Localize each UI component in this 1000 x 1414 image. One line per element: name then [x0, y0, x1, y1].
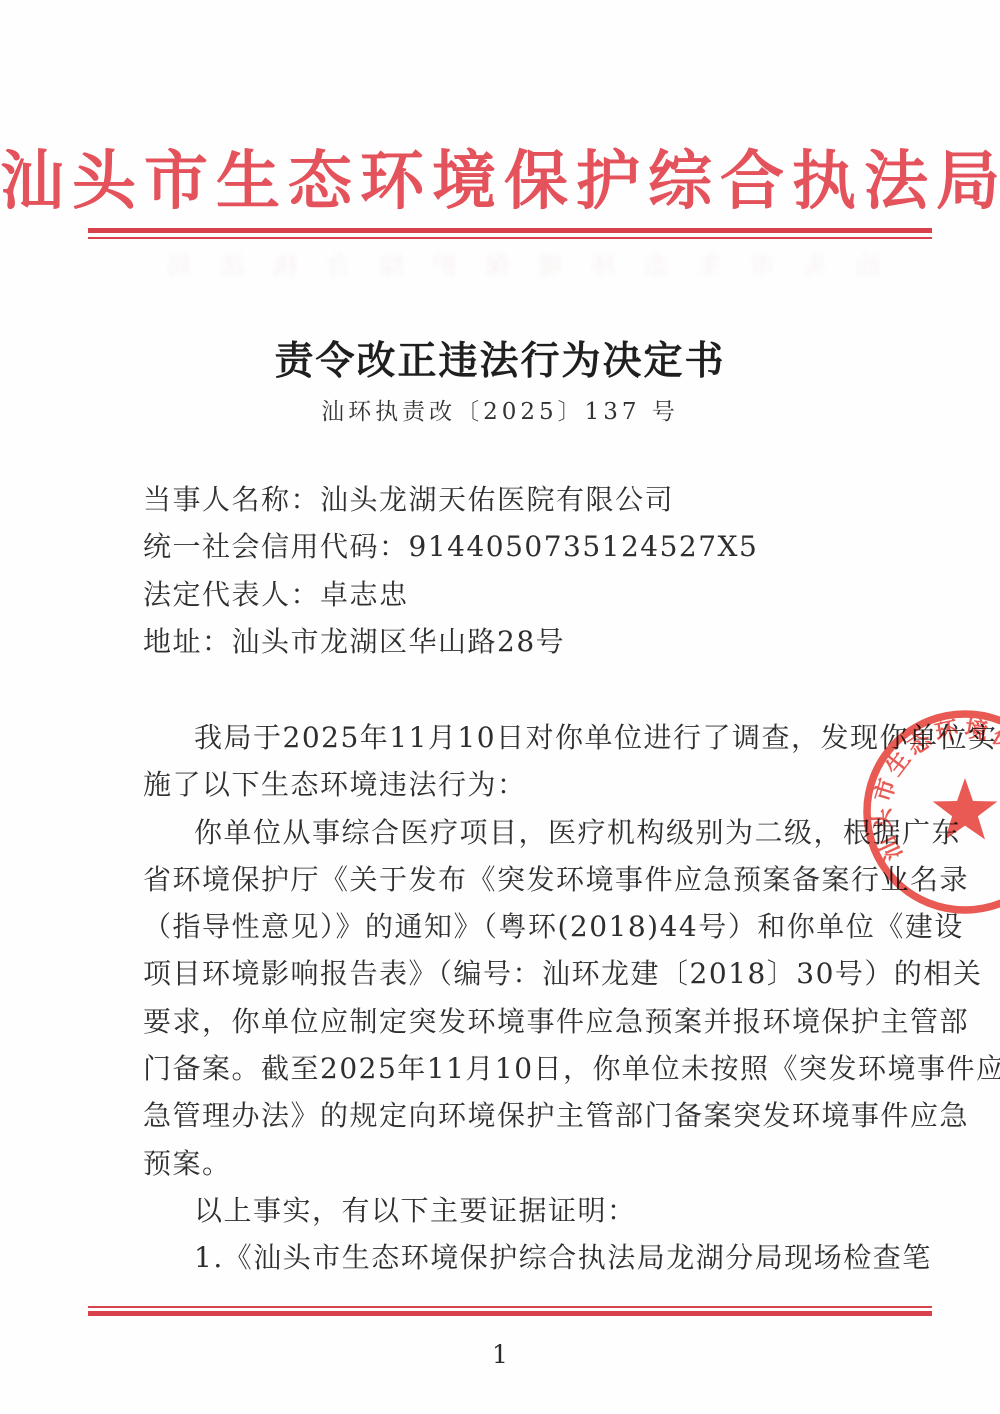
- body-line: 施了以下生态环境违法行为：: [143, 761, 913, 808]
- body-line: 急管理办法》的规定向环境保护主管部门备案突发环境事件应急: [143, 1092, 913, 1139]
- document-reference-number: 汕环执责改〔2025〕137 号: [0, 393, 1000, 426]
- body-line: （指导性意见）》的通知》（粤环(2018)44号）和你单位《建设: [143, 903, 913, 950]
- party-credit-code-line: 统一社会信用代码：9144050735124527X5: [143, 523, 758, 570]
- party-legal-rep-line: 法定代表人：卓志忠: [143, 571, 758, 618]
- letterhead-rule-thick: [88, 228, 932, 233]
- body-line: 预案。: [143, 1140, 913, 1187]
- scanned-document-page: 汕头市生态环境保护综合执法局 汕头市生态环境保护综合执法局 责令改正违法行为决定…: [0, 0, 1000, 1414]
- body-line: 门备案。截至2025年11月10日，你单位未按照《突发环境事件应: [143, 1045, 913, 1092]
- document-body: 我局于2025年11月10日对你单位进行了调查，发现你单位实 施了以下生态环境违…: [143, 714, 913, 1282]
- body-line: 以上事实，有以下主要证据证明：: [143, 1187, 913, 1234]
- party-information-block: 当事人名称：汕头龙湖天佑医院有限公司 统一社会信用代码：914405073512…: [143, 476, 758, 665]
- letterhead-rule-thin: [88, 237, 932, 239]
- bleed-through-ghost-text: 汕头市生态环境保护综合执法局: [88, 246, 932, 282]
- body-line: 1.《汕头市生态环境保护综合执法局龙湖分局现场检查笔: [143, 1234, 913, 1281]
- document-title: 责令改正违法行为决定书: [0, 330, 1000, 386]
- body-line: 要求，你单位应制定突发环境事件应急预案并报环境保护主管部: [143, 998, 913, 1045]
- footer-rule-thin: [88, 1306, 932, 1308]
- svg-text:汕头市生态环境保护综合执法局: 汕头市生态环境保护综合执法局: [860, 702, 1000, 864]
- body-line: 项目环境影响报告表》（编号：汕环龙建〔2018〕30号）的相关: [143, 950, 913, 997]
- party-address-line: 地址：汕头市龙湖区华山路28号: [143, 618, 758, 665]
- body-line: 你单位从事综合医疗项目，医疗机构级别为二级，根据广东: [143, 809, 913, 856]
- official-red-seal: 汕头市生态环境保护综合执法局: [860, 702, 1000, 932]
- page-number: 1: [0, 1340, 1000, 1369]
- letterhead-agency-name: 汕头市生态环境保护综合执法局: [0, 130, 1000, 222]
- seal-star-icon: [933, 778, 998, 840]
- footer-rule-thick: [88, 1311, 932, 1316]
- body-line: 我局于2025年11月10日对你单位进行了调查，发现你单位实: [143, 714, 913, 761]
- party-name-line: 当事人名称：汕头龙湖天佑医院有限公司: [143, 476, 758, 523]
- seal-text: 汕头市生态环境保护综合执法局: [860, 702, 1000, 864]
- body-line: 省环境保护厅《关于发布《突发环境事件应急预案备案行业名录: [143, 856, 913, 903]
